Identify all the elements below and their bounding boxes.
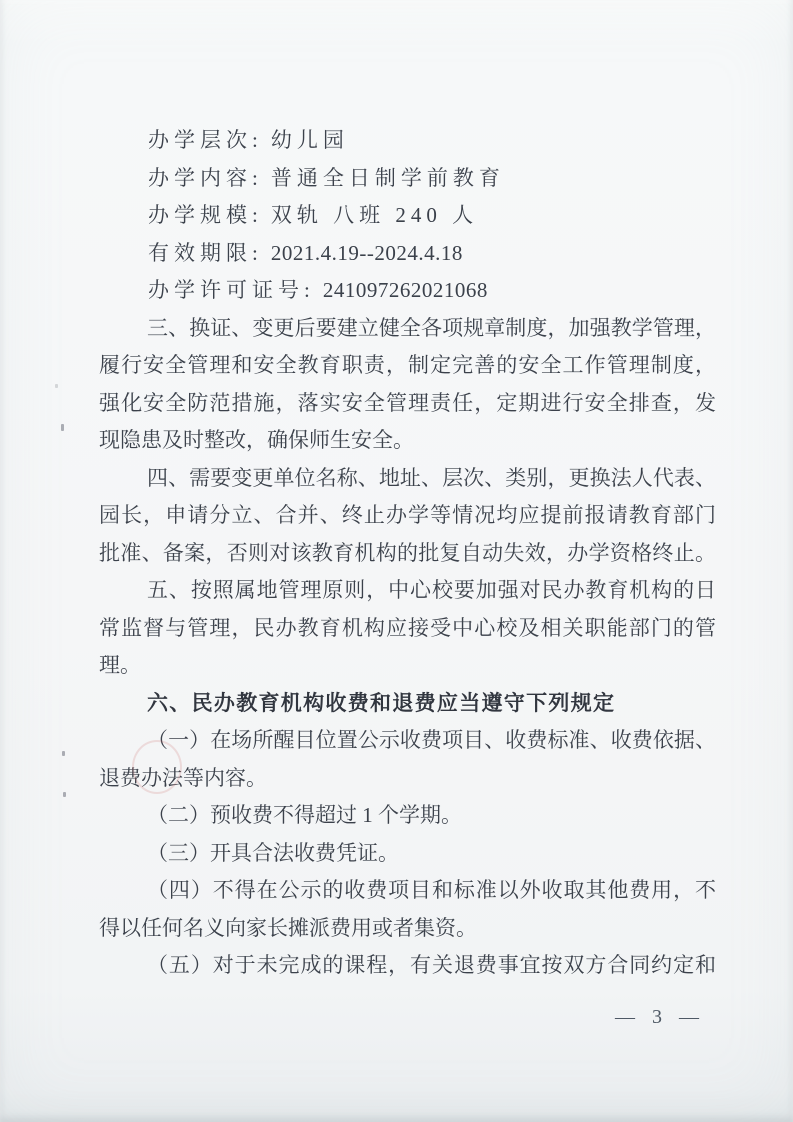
para3-line: 三、换证、变更后要建立健全各项规章制度，加强教学管理， (99, 310, 716, 348)
license-field-level: 办学层次:幼儿园 (99, 122, 716, 160)
license-field-label: 办学内容: (148, 166, 263, 190)
para5-line: 理。 (99, 647, 716, 685)
sub3-line: （三）开具合法收费凭证。 (99, 835, 716, 873)
license-field-value: 幼儿园 (271, 128, 349, 152)
scan-speck (61, 424, 64, 431)
section6-heading: 六、民办教育机构收费和退费应当遵守下列规定 (99, 685, 716, 723)
sub1-line: （一）在场所醒目位置公示收费项目、收费标准、收费依据、 (99, 722, 716, 760)
para5-line: 五、按照属地管理原则，中心校要加强对民办教育机构的日 (99, 572, 716, 610)
scan-speck (62, 751, 65, 756)
license-field-label: 有效期限: (148, 241, 263, 265)
license-field-scale: 办学规模:双轨 八班 240 人 (99, 197, 716, 235)
sub5-line: （五）对于未完成的课程，有关退费事宜按双方合同约定和 (99, 947, 716, 985)
license-field-label: 办学层次: (148, 128, 263, 152)
scan-speck (55, 384, 58, 388)
para4-line: 园长，申请分立、合并、终止办学等情况均应提前报请教育部门 (99, 497, 716, 535)
license-field-number: 办学许可证号:241097262021068 (99, 272, 716, 310)
license-field-label: 办学规模: (148, 203, 263, 227)
sub4-line: 得以任何名义向家长摊派费用或者集资。 (99, 910, 716, 948)
document-body: 办学层次:幼儿园 办学内容:普通全日制学前教育 办学规模:双轨 八班 240 人… (99, 122, 716, 985)
license-field-validity: 有效期限:2021.4.19--2024.4.18 (99, 235, 716, 273)
scanned-document-page: 办学层次:幼儿园 办学内容:普通全日制学前教育 办学规模:双轨 八班 240 人… (0, 0, 793, 1122)
license-field-value: 双轨 八班 240 人 (271, 203, 478, 227)
para5-line: 常监督与管理，民办教育机构应接受中心校及相关职能部门的管 (99, 610, 716, 648)
sub2-line: （二）预收费不得超过 1 个学期。 (99, 797, 716, 835)
license-field-value: 241097262021068 (323, 278, 488, 302)
para3-line: 现隐患及时整改，确保师生安全。 (99, 422, 716, 460)
scan-speck (63, 792, 66, 797)
license-field-label: 办学许可证号: (148, 278, 315, 302)
para4-line: 四、需要变更单位名称、地址、层次、类别，更换法人代表、 (99, 460, 716, 498)
para4-line: 批准、备案，否则对该教育机构的批复自动失效，办学资格终止。 (99, 535, 716, 573)
license-field-content: 办学内容:普通全日制学前教育 (99, 160, 716, 198)
para3-line: 强化安全防范措施，落实安全管理责任，定期进行安全排查，发 (99, 385, 716, 423)
page-number: — 3 — (0, 1006, 793, 1029)
sub4-line: （四）不得在公示的收费项目和标准以外收取其他费用，不 (99, 872, 716, 910)
sub1-line: 退费办法等内容。 (99, 760, 716, 798)
para3-line: 履行安全管理和安全教育职责，制定完善的安全工作管理制度， (99, 347, 716, 385)
license-field-value: 普通全日制学前教育 (271, 166, 505, 190)
license-field-value: 2021.4.19--2024.4.18 (271, 241, 463, 265)
